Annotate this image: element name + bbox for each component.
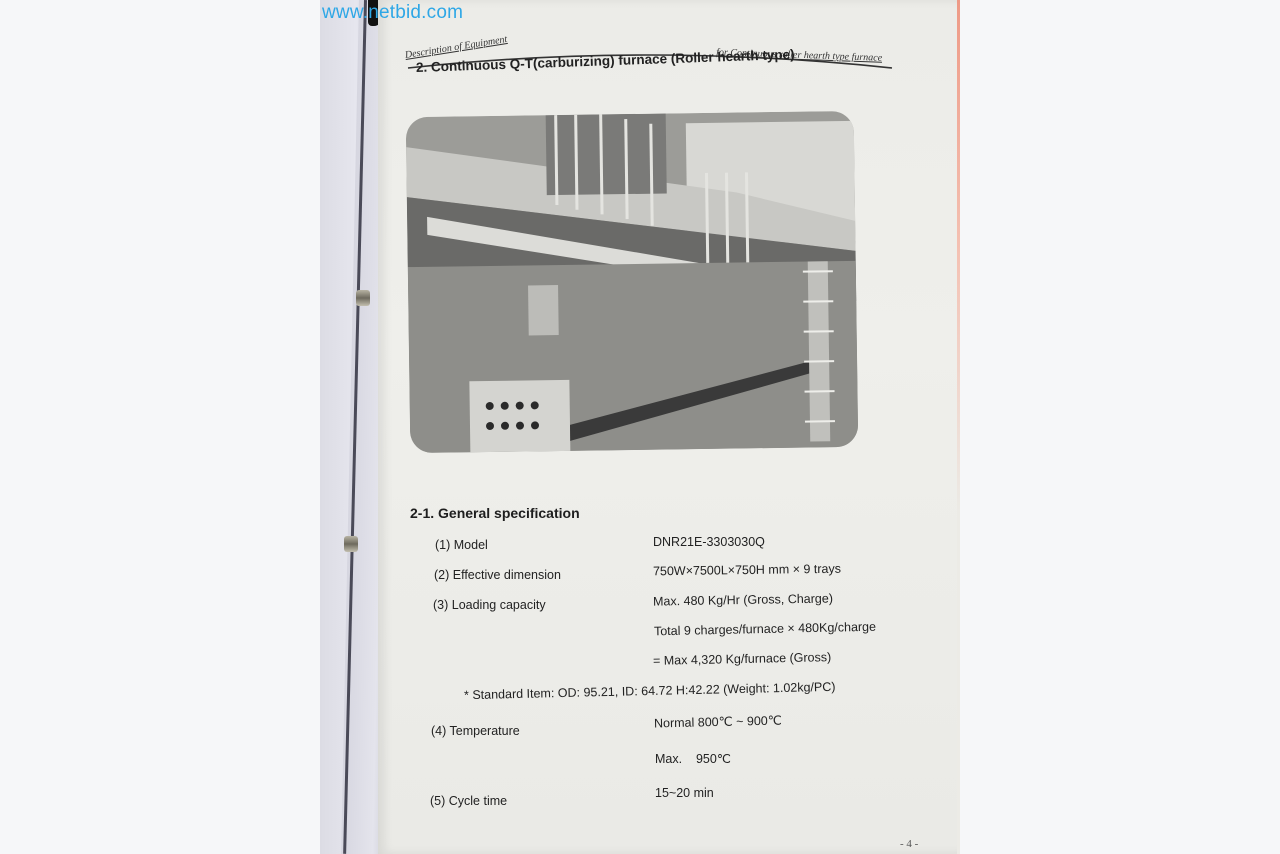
spec-value-temperature-normal: Normal 800℃ ~ 900℃ — [654, 713, 782, 731]
equipment-photo — [406, 111, 859, 453]
page-edge — [957, 0, 960, 854]
spec-label-temperature: (4) Temperature — [431, 724, 520, 738]
page-number: - 4 - — [900, 838, 918, 850]
spec-value-cycle-time: 15~20 min — [655, 786, 714, 800]
section-heading: 2-1. General specification — [410, 505, 580, 521]
spec-value-dimension: 750W×7500L×750H mm × 9 trays — [653, 562, 841, 579]
binder-ring-icon — [344, 536, 358, 552]
spec-value-model: DNR21E-3303030Q — [653, 535, 765, 549]
watermark: www.netbid.com — [322, 2, 463, 24]
furnace-illustration — [406, 111, 859, 453]
spec-value-temperature-max: Max. 950℃ — [655, 751, 731, 766]
spec-label-cycle-time: (5) Cycle time — [430, 794, 507, 808]
spec-label-dimension: (2) Effective dimension — [434, 568, 561, 582]
spec-label-model: (1) Model — [435, 538, 488, 552]
binder-ring-icon — [356, 290, 370, 306]
spec-label-capacity: (3) Loading capacity — [433, 598, 546, 612]
